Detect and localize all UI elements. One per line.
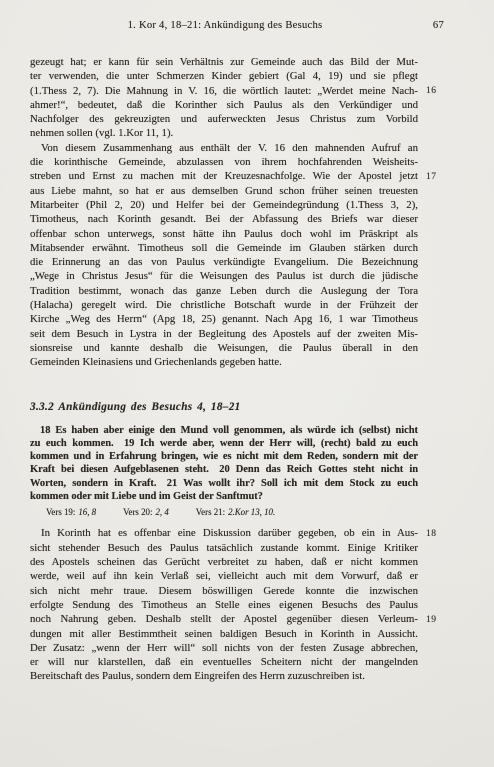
cross-reference-item: Vers 20:2, 4	[123, 507, 169, 518]
body-paragraph-3: In Korinth hat es offenbar eine Diskussi…	[30, 526, 418, 683]
text-line-content: Mitabsender erwähnt. Timotheus soll die …	[30, 242, 418, 254]
cross-reference-item: Vers 19:16, 8	[46, 507, 96, 518]
text-line: gezeugt hat; er kann für sein Verhältnis…	[30, 55, 418, 69]
text-line-content: er will nur klarstellen, daß ein eventue…	[30, 656, 418, 668]
text-line: ter verwenden, die unter Schmerzen Kinde…	[30, 69, 418, 83]
text-line: Mitabsender erwähnt. Timotheus soll die …	[30, 241, 418, 255]
book-page-scan: 1. Kor 4, 18–21: Ankündigung des Besuchs…	[0, 0, 494, 767]
body-text-column: gezeugt hat; er kann für sein Verhältnis…	[30, 55, 418, 684]
text-line-content: streben und Ernst zu machen mit der Kreu…	[30, 170, 418, 182]
text-line: kommen oder mit Liebe und im Geist der S…	[30, 490, 418, 503]
text-line: die korinthische Gemeinde, abzulassen vo…	[30, 155, 418, 169]
page-number: 67	[433, 20, 444, 31]
text-line: aus Liebe mahnt, so hat er aus demselben…	[30, 184, 418, 198]
cross-reference-item: Vers 21:2.Kor 13, 10.	[196, 507, 275, 518]
text-line-content: werde, weil auf ihn kein Verlaß sei, vie…	[30, 570, 418, 582]
text-line: Tradition bestimmt, wonach das ganze Leb…	[30, 284, 418, 298]
text-line: er will nur klarstellen, daß ein eventue…	[30, 655, 418, 669]
text-line: seit dem Besuch in Lystra in der Begleit…	[30, 327, 418, 341]
text-line: noch Nahrung geben. Deshalb stellt der A…	[30, 612, 418, 626]
verse-quotation-block: 18 Es haben aber einige den Mund voll ge…	[30, 424, 418, 503]
text-line-content: seit dem Besuch in Lystra in der Begleit…	[30, 328, 418, 340]
text-line: (1.Thess 2, 7). Die Mahnung in V. 16, di…	[30, 84, 418, 98]
text-line-content: Timotheus, nach Korinth gesandt. Bei der…	[30, 213, 418, 225]
text-line: „Wege in Christus Jesus“ für die Weisung…	[30, 269, 418, 283]
cross-reference-label: Vers 19:	[46, 507, 75, 517]
text-line-content: 18 Es haben aber einige den Mund voll ge…	[40, 425, 418, 436]
cross-reference-label: Vers 20:	[123, 507, 152, 517]
text-line: die Erinnerung an das von Paulus verkünd…	[30, 255, 418, 269]
text-line: Bereitschaft des Paulus, sondern dem Ein…	[30, 669, 418, 683]
text-line-content: „Wege in Christus Jesus“ für die Weisung…	[30, 270, 418, 282]
text-line: Kirche „Weg des Herrn“ (Apg 18, 25) gena…	[30, 312, 418, 326]
text-line: sicht stehender Besuch des Paulus tatsäc…	[30, 541, 418, 555]
text-line-content: erfolgte Sendung des Timotheus an Stelle…	[30, 599, 418, 611]
text-line-content: Mitarbeiter (Phil 2, 20) und Helfer bei …	[30, 199, 418, 211]
text-line-content: nehmen sollen (vgl. 1.Kor 11, 1).	[30, 127, 173, 139]
text-line-content: Kirche „Weg des Herrn“ (Apg 18, 25) gena…	[30, 313, 418, 325]
text-line-content: sicht stehender Besuch des Paulus tatsäc…	[30, 542, 418, 554]
running-header: 1. Kor 4, 18–21: Ankündigung des Besuchs…	[30, 20, 444, 35]
text-line-content: die korinthische Gemeinde, abzulassen vo…	[30, 156, 418, 168]
text-line-content: Nachfolger des gekreuzigten und auferwec…	[30, 113, 418, 125]
text-line-content: dungen mit aller Bestimmtheit seinen bal…	[30, 628, 418, 640]
text-line-content: ahmer!“, bedeutet, daß die Korinther sic…	[30, 99, 418, 111]
verse-margin-number: 16	[426, 84, 437, 98]
cross-reference-line: Vers 19:16, 8 Vers 20:2, 4 Vers 21:2.Kor…	[30, 507, 418, 518]
text-line-content: sich nicht mehr traue. Diesem böswillige…	[30, 585, 418, 597]
text-line: sionsreise und kannte deshalb die Weisun…	[30, 341, 418, 355]
text-line: des Apostels scheinen das Gerücht verbre…	[30, 555, 418, 569]
body-paragraph-2: Von diesem Zusammenhang aus enthält der …	[30, 141, 418, 370]
cross-reference-label: Vers 21:	[196, 507, 225, 517]
verse-margin-number: 18	[426, 527, 437, 541]
text-line: nehmen sollen (vgl. 1.Kor 11, 1).	[30, 126, 418, 140]
text-line: Mitarbeiter (Phil 2, 20) und Helfer bei …	[30, 198, 418, 212]
text-line-content: kommen oder mit Liebe und im Geist der S…	[30, 491, 263, 502]
text-line: sich nicht mehr traue. Diesem böswillige…	[30, 584, 418, 598]
text-line-content: kommen und in Erfahrung bringen, wie es …	[30, 451, 418, 462]
text-line-content: Kraft bei diesen Aufgeblasenen steht. 20…	[30, 464, 418, 475]
text-line: (Halacha) geregelt wird. Die christliche…	[30, 298, 418, 312]
text-line-content: (Halacha) geregelt wird. Die christliche…	[30, 299, 418, 311]
cross-reference-value: 16, 8	[75, 507, 96, 517]
verse-margin-number: 19	[426, 613, 437, 627]
text-line-content: die Erinnerung an das von Paulus verkünd…	[30, 256, 418, 268]
text-line-content: Der Zusatz: „wenn der Herr will“ soll ni…	[30, 642, 418, 654]
text-line: Der Zusatz: „wenn der Herr will“ soll ni…	[30, 641, 418, 655]
text-line: Von diesem Zusammenhang aus enthält der …	[30, 141, 418, 155]
text-line: werde, weil auf ihn kein Verlaß sei, vie…	[30, 569, 418, 583]
verse-margin-number: 17	[426, 170, 437, 184]
text-line-content: noch Nahrung geben. Deshalb stellt der A…	[30, 613, 418, 625]
text-line: Worten, sondern in Kraft. 21 Was wollt i…	[30, 477, 418, 490]
text-line-content: sionsreise und kannte deshalb die Weisun…	[30, 342, 418, 354]
text-line-content: aus Liebe mahnt, so hat er aus demselben…	[30, 185, 418, 197]
text-line-content: Von diesem Zusammenhang aus enthält der …	[41, 142, 418, 154]
text-line-content: zu euch kommen. 19 Ich werde aber, wenn …	[30, 438, 418, 449]
section-heading: 3.3.2 Ankündigung des Besuchs 4, 18–21	[30, 400, 418, 414]
text-line: zu euch kommen. 19 Ich werde aber, wenn …	[30, 437, 418, 450]
text-line-content: In Korinth hat es offenbar eine Diskussi…	[41, 527, 418, 539]
text-line-content: offenbar schon unterwegs, sonst hätte ih…	[30, 228, 418, 240]
text-line-content: ter verwenden, die unter Schmerzen Kinde…	[30, 70, 418, 82]
running-header-title: 1. Kor 4, 18–21: Ankündigung des Besuchs	[30, 20, 420, 31]
text-line: 18 Es haben aber einige den Mund voll ge…	[30, 424, 418, 437]
text-line: offenbar schon unterwegs, sonst hätte ih…	[30, 227, 418, 241]
text-line: erfolgte Sendung des Timotheus an Stelle…	[30, 598, 418, 612]
text-line-content: gezeugt hat; er kann für sein Verhältnis…	[30, 56, 418, 68]
text-line: Timotheus, nach Korinth gesandt. Bei der…	[30, 212, 418, 226]
text-line: ahmer!“, bedeutet, daß die Korinther sic…	[30, 98, 418, 112]
text-line-content: des Apostels scheinen das Gerücht verbre…	[30, 556, 418, 568]
cross-reference-value: 2, 4	[152, 507, 168, 517]
text-line: streben und Ernst zu machen mit der Kreu…	[30, 169, 418, 183]
text-line-content: Bereitschaft des Paulus, sondern dem Ein…	[30, 670, 365, 682]
text-line: In Korinth hat es offenbar eine Diskussi…	[30, 526, 418, 540]
text-line-content: (1.Thess 2, 7). Die Mahnung in V. 16, di…	[30, 85, 418, 97]
text-line-content: Tradition bestimmt, wonach das ganze Leb…	[30, 285, 418, 297]
cross-reference-value: 2.Kor 13, 10.	[225, 507, 275, 517]
text-line: Kraft bei diesen Aufgeblasenen steht. 20…	[30, 463, 418, 476]
text-line: Gemeinden Kleinasiens und Griechenlands …	[30, 355, 418, 369]
text-line: dungen mit aller Bestimmtheit seinen bal…	[30, 627, 418, 641]
text-line-content: Gemeinden Kleinasiens und Griechenlands …	[30, 356, 282, 368]
body-paragraph-1: gezeugt hat; er kann für sein Verhältnis…	[30, 55, 418, 141]
text-line: Nachfolger des gekreuzigten und auferwec…	[30, 112, 418, 126]
text-line: kommen und in Erfahrung bringen, wie es …	[30, 450, 418, 463]
text-line-content: Worten, sondern in Kraft. 21 Was wollt i…	[30, 478, 418, 489]
